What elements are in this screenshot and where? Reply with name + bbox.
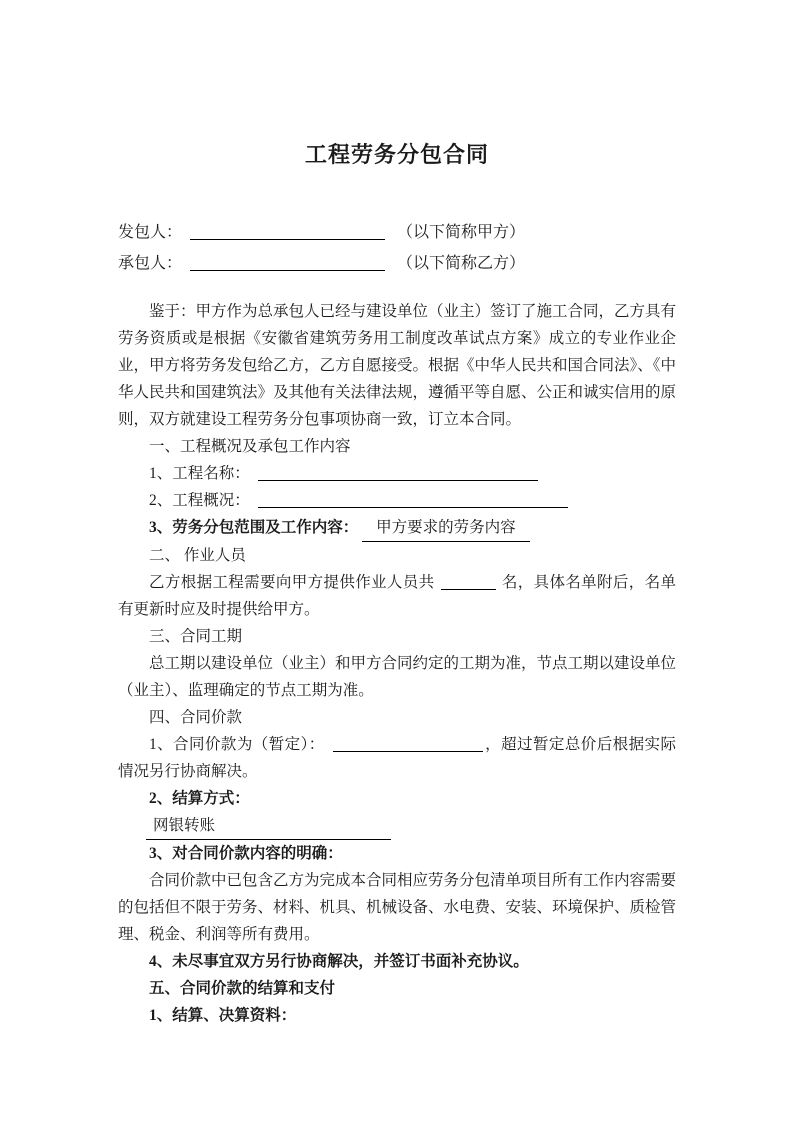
s1-item3-line: 3、劳务分包范围及工作内容： 甲方要求的劳务内容	[118, 514, 676, 542]
s4-payment-method-underlined: 网银转账	[146, 812, 391, 840]
s4-item2-value-line: 网银转账	[118, 812, 676, 840]
party-a-label: 发包人：	[118, 224, 182, 241]
section3-heading: 三、合同工期	[118, 623, 676, 650]
s5-item1-label-line: 1、结算、决算资料：	[118, 1002, 676, 1029]
s1-item2-label: 2、工程概况：	[149, 492, 250, 509]
s1-item1-blank-underline	[258, 464, 538, 481]
party-b-blank-underline	[190, 254, 385, 271]
section1-heading: 一、工程概况及承包工作内容	[118, 433, 676, 460]
parties-block: 发包人：（以下简称甲方） 承包人：（以下简称乙方）	[118, 217, 676, 279]
party-b-suffix: （以下简称乙方）	[397, 255, 525, 272]
party-a-line: 发包人：（以下简称甲方）	[118, 217, 676, 248]
preamble-paragraph: 鉴于：甲方作为总承包人已经与建设单位（业主）签订了施工合同，乙方具有劳务资质或是…	[118, 298, 676, 433]
s1-item1-line: 1、工程名称：	[118, 460, 676, 487]
s1-item1-label: 1、工程名称：	[149, 465, 250, 482]
s4-item1-line: 1、合同价款为（暂定）：，超过暂定总价后根据实际情况另行协商解决。	[118, 731, 676, 785]
s1-item2-blank-underline	[258, 491, 568, 508]
document-title: 工程劳务分包合同	[118, 140, 676, 170]
party-b-label: 承包人：	[118, 255, 182, 272]
s4-item3-label-line: 3、对合同价款内容的明确：	[118, 840, 676, 867]
s1-item3-value-underlined: 甲方要求的劳务内容	[362, 514, 530, 542]
party-b-line: 承包人：（以下简称乙方）	[118, 248, 676, 279]
party-a-suffix: （以下简称甲方）	[397, 224, 525, 241]
s4-item4-line: 4、未尽事宜双方另行协商解决，并签订书面补充协议。	[118, 948, 676, 975]
section5-heading: 五、合同价款的结算和支付	[118, 975, 676, 1002]
section2-heading: 二、 作业人员	[118, 542, 676, 569]
s2-headcount-blank-underline	[441, 573, 496, 590]
s2-body-pre: 乙方根据工程需要向甲方提供作业人员共	[149, 574, 435, 591]
s1-item3-label: 3、劳务分包范围及工作内容：	[149, 519, 358, 536]
s3-body-paragraph: 总工期以建设单位（业主）和甲方合同约定的工期为准，节点工期以建设单位（业主）、监…	[118, 650, 676, 704]
s4-item1-pre: 1、合同价款为（暂定）：	[149, 736, 325, 753]
s4-item2-label-line: 2、结算方式：	[118, 785, 676, 812]
s1-item2-line: 2、工程概况：	[118, 487, 676, 514]
s2-body-paragraph: 乙方根据工程需要向甲方提供作业人员共名，具体名单附后，名单有更新时应及时提供给甲…	[118, 569, 676, 623]
section4-heading: 四、合同价款	[118, 704, 676, 731]
document-body: 鉴于：甲方作为总承包人已经与建设单位（业主）签订了施工合同，乙方具有劳务资质或是…	[118, 298, 676, 1029]
document-page: 工程劳务分包合同 发包人：（以下简称甲方） 承包人：（以下简称乙方） 鉴于：甲方…	[0, 0, 793, 1122]
s4-price-blank-underline	[333, 735, 483, 752]
party-a-blank-underline	[190, 223, 385, 240]
s4-item3-body-paragraph: 合同价款中已包含乙方为完成本合同相应劳务分包清单项目所有工作内容需要的包括但不限…	[118, 867, 676, 948]
